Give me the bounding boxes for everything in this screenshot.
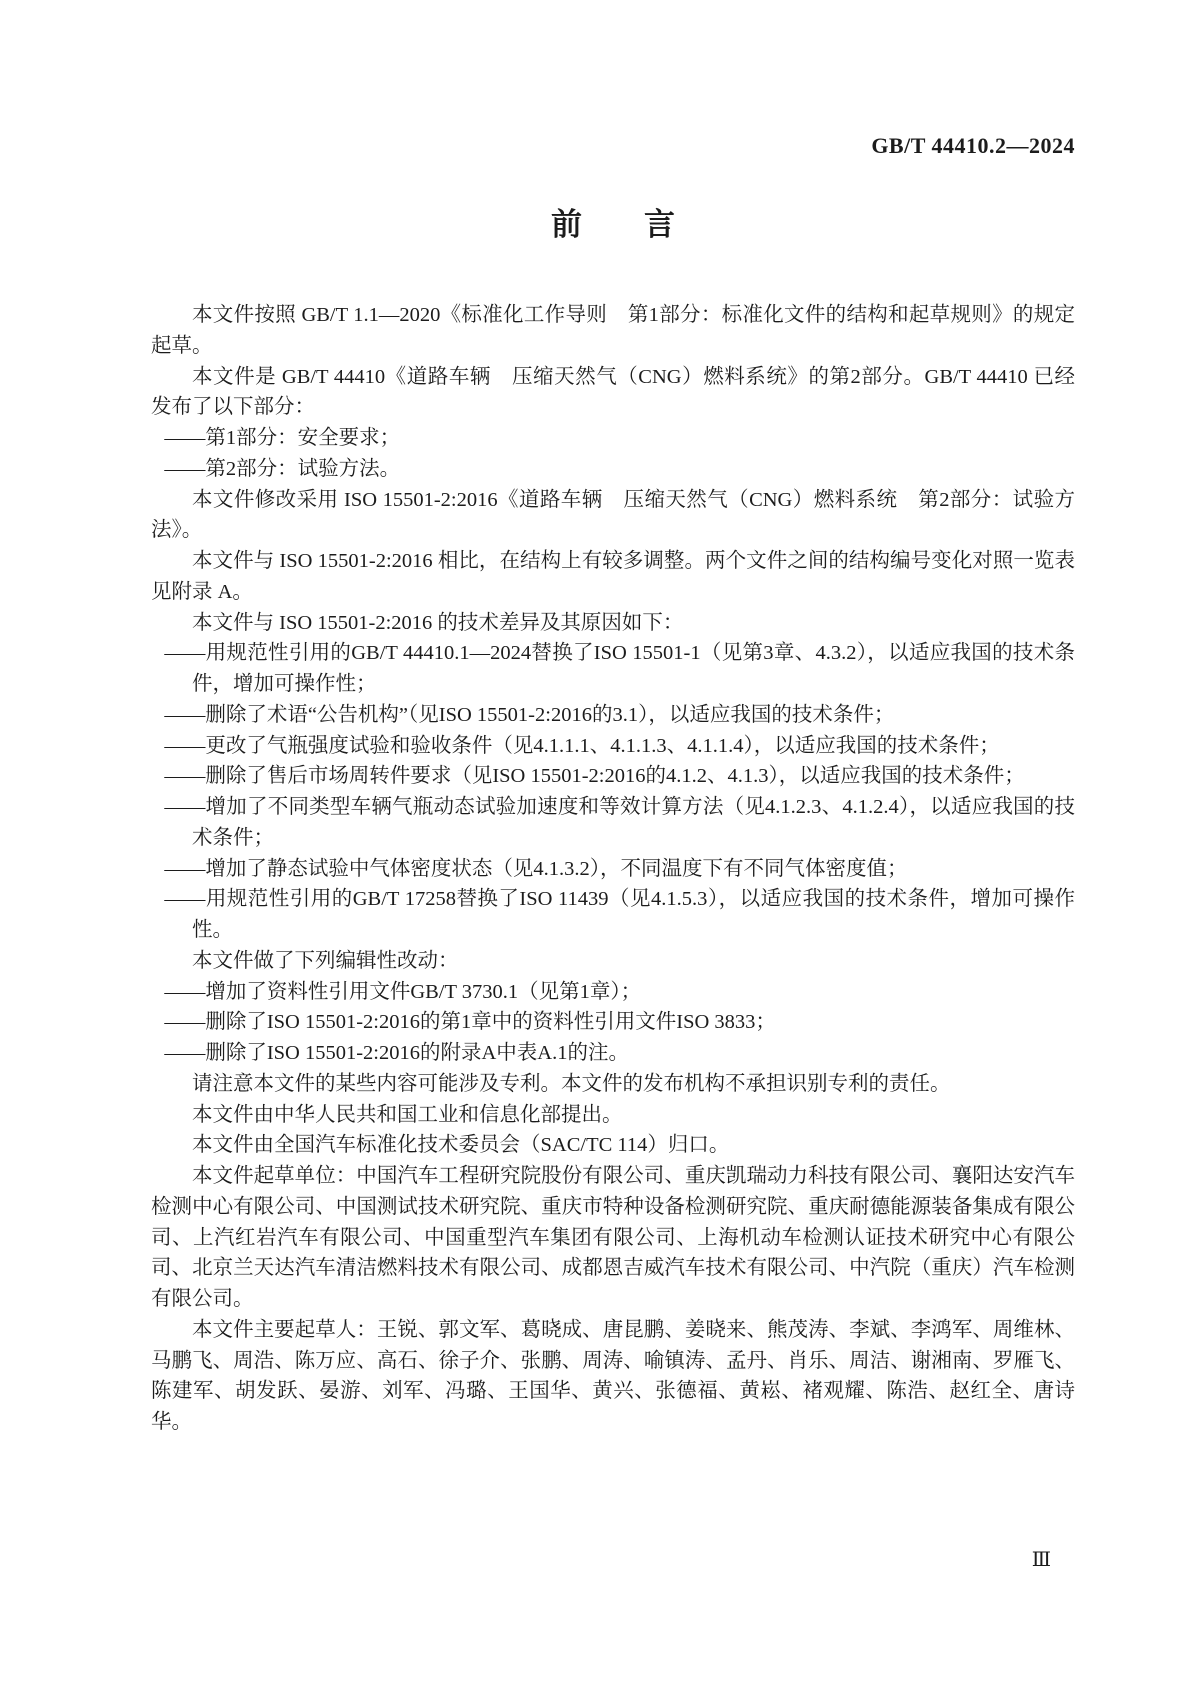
foreword-list-item: ——删除了ISO 15501-2:2016的附录A中表A.1的注。	[151, 1038, 1075, 1069]
foreword-list-item: ——更改了气瓶强度试验和验收条件（见4.1.1.1、4.1.1.3、4.1.1.…	[151, 731, 1075, 762]
foreword-list-item: ——第2部分：试验方法。	[151, 454, 1075, 485]
foreword-list-item: ——增加了不同类型车辆气瓶动态试验加速度和等效计算方法（见4.1.2.3、4.1…	[151, 792, 1075, 854]
standard-code-header: GB/T 44410.2—2024	[871, 133, 1075, 159]
foreword-list-item: ——增加了资料性引用文件GB/T 3730.1（见第1章）；	[151, 977, 1075, 1008]
foreword-paragraph: 请注意本文件的某些内容可能涉及专利。本文件的发布机构不承担识别专利的责任。	[151, 1069, 1075, 1100]
foreword-list-item: ——删除了售后市场周转件要求（见ISO 15501-2:2016的4.1.2、4…	[151, 761, 1075, 792]
page-title: 前 言	[151, 199, 1075, 244]
foreword-list-item: ——用规范性引用的GB/T 17258替换了ISO 11439（见4.1.5.3…	[151, 884, 1075, 946]
foreword-paragraph: 本文件做了下列编辑性改动：	[151, 946, 1075, 977]
document-page: GB/T 44410.2—2024 前 言 本文件按照 GB/T 1.1—202…	[0, 0, 1191, 1684]
foreword-list-item: ——用规范性引用的GB/T 44410.1—2024替换了ISO 15501-1…	[151, 638, 1075, 700]
foreword-paragraph: 本文件由中华人民共和国工业和信息化部提出。	[151, 1100, 1075, 1131]
page-number: Ⅲ	[1032, 1547, 1052, 1572]
foreword-list-item: ——增加了静态试验中气体密度状态（见4.1.3.2），不同温度下有不同气体密度值…	[151, 854, 1075, 885]
foreword-paragraph: 本文件按照 GB/T 1.1—2020《标准化工作导则 第1部分：标准化文件的结…	[151, 300, 1075, 362]
foreword-paragraph: 本文件由全国汽车标准化技术委员会（SAC/TC 114）归口。	[151, 1130, 1075, 1161]
foreword-paragraph: 本文件修改采用 ISO 15501-2:2016《道路车辆 压缩天然气（CNG）…	[151, 485, 1075, 547]
foreword-list-item: ——第1部分：安全要求；	[151, 423, 1075, 454]
foreword-list-item: ——删除了ISO 15501-2:2016的第1章中的资料性引用文件ISO 38…	[151, 1007, 1075, 1038]
foreword-paragraph: 本文件起草单位：中国汽车工程研究院股份有限公司、重庆凯瑞动力科技有限公司、襄阳达…	[151, 1161, 1075, 1315]
foreword-paragraph: 本文件与 ISO 15501-2:2016 的技术差异及其原因如下：	[151, 608, 1075, 639]
foreword-paragraph: 本文件与 ISO 15501-2:2016 相比，在结构上有较多调整。两个文件之…	[151, 546, 1075, 608]
foreword-list-item: ——删除了术语“公告机构”（见ISO 15501-2:2016的3.1），以适应…	[151, 700, 1075, 731]
foreword-paragraph: 本文件是 GB/T 44410《道路车辆 压缩天然气（CNG）燃料系统》的第2部…	[151, 362, 1075, 424]
foreword-body: 本文件按照 GB/T 1.1—2020《标准化工作导则 第1部分：标准化文件的结…	[151, 300, 1075, 1438]
foreword-paragraph: 本文件主要起草人：王锐、郭文军、葛晓成、唐昆鹏、姜晓来、熊茂涛、李斌、李鸿军、周…	[151, 1315, 1075, 1438]
